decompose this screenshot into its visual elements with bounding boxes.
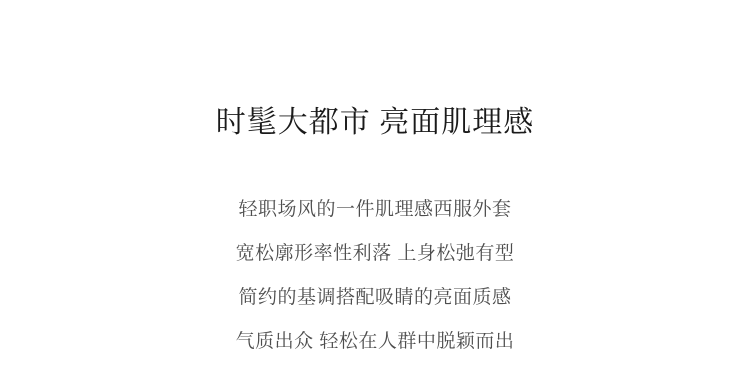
description-line-1: 轻职场风的一件肌理感西服外套 <box>0 188 750 232</box>
section-title: 时髦大都市 亮面肌理感 <box>0 104 750 142</box>
description-line-4: 气质出众 轻松在人群中脱颖而出 <box>0 320 750 364</box>
description-line-2: 宽松廓形率性利落 上身松弛有型 <box>0 232 750 276</box>
description-block: 轻职场风的一件肌理感西服外套 宽松廓形率性利落 上身松弛有型 简约的基调搭配吸睛… <box>0 188 750 364</box>
description-line-3: 简约的基调搭配吸睛的亮面质感 <box>0 276 750 320</box>
product-description-section: 时髦大都市 亮面肌理感 轻职场风的一件肌理感西服外套 宽松廓形率性利落 上身松弛… <box>0 0 750 370</box>
